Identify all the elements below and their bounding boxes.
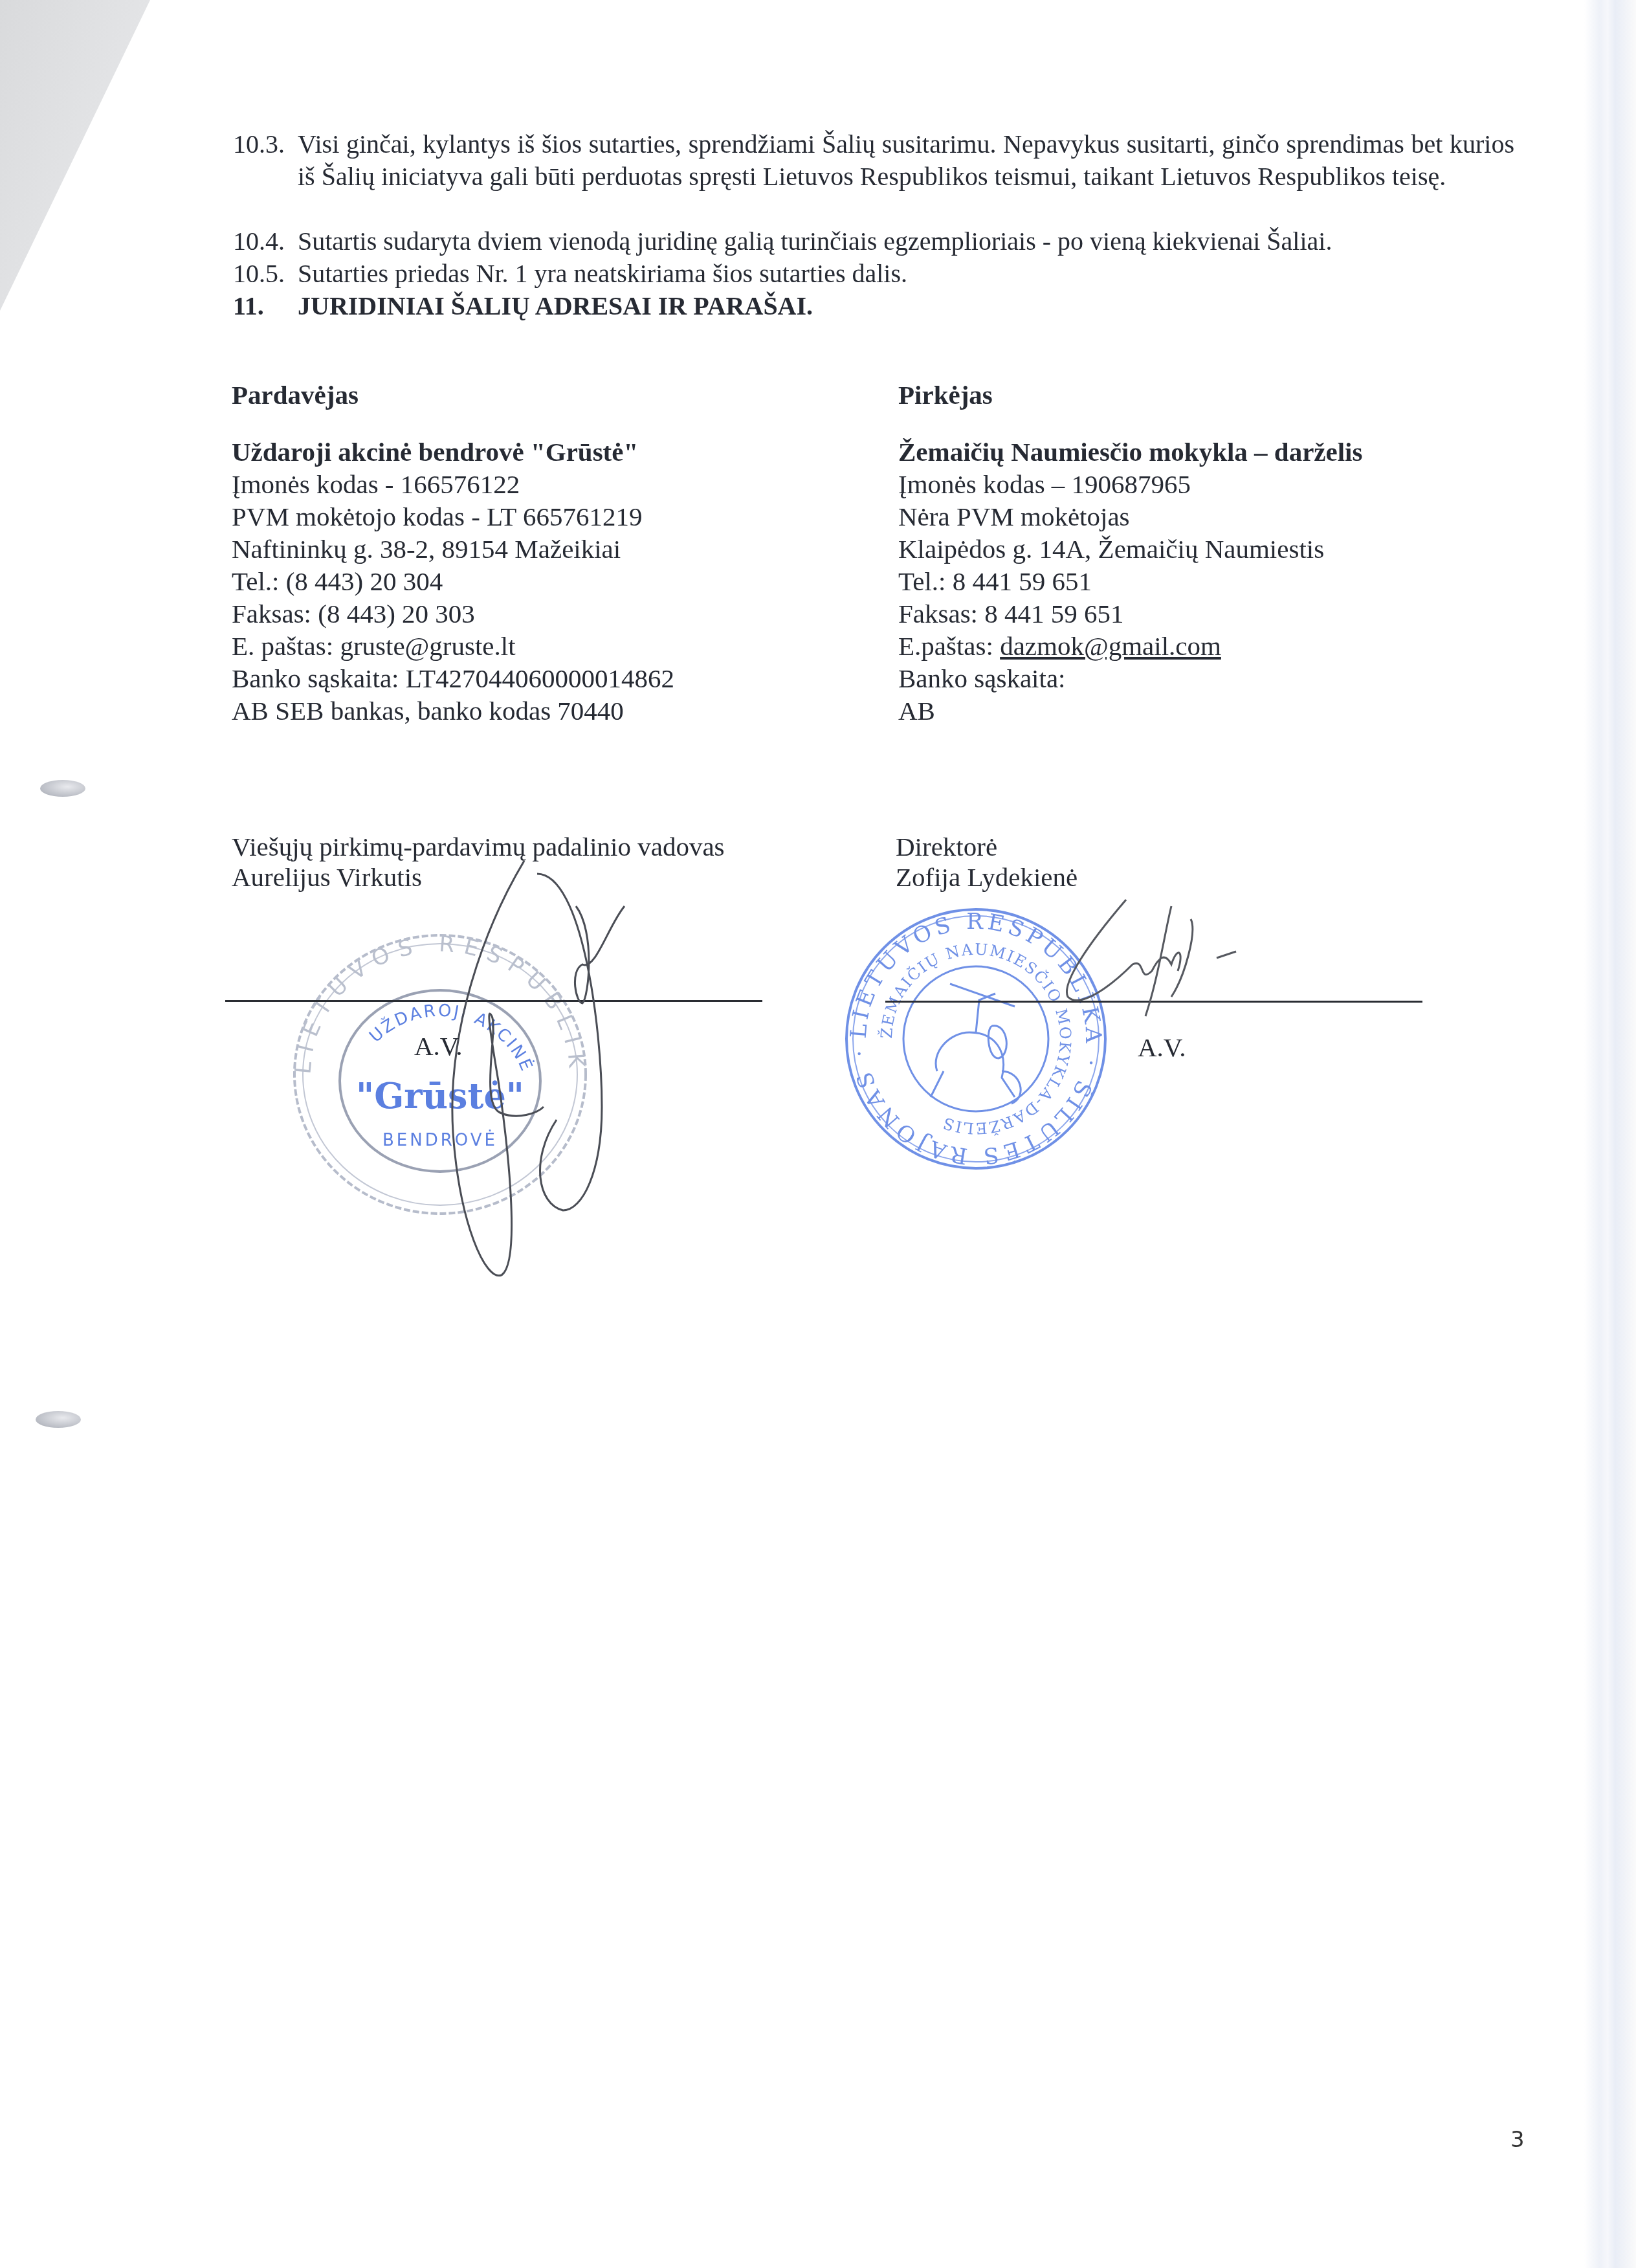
buyer-details: Pirkėjas Žemaičių Naumiesčio mokykla – d… — [898, 379, 1362, 727]
buyer-name: Žemaičių Naumiesčio mokykla – darželis — [898, 436, 1362, 468]
clause-number: 10.4. — [233, 225, 285, 258]
seller-bank: AB SEB bankas, banko kodas 70440 — [232, 695, 674, 727]
seller-email: E. paštas: gruste@gruste.lt — [232, 630, 674, 662]
buyer-company-code: Įmonės kodas – 190687965 — [898, 468, 1362, 500]
clause-text: Visi ginčai, kylantys iš šios sutarties,… — [298, 128, 1514, 193]
clause-10-5: 10.5. Sutarties priedas Nr. 1 yra neatsk… — [233, 258, 1514, 290]
buyer-email-link[interactable]: dazmok@gmail.com — [1000, 631, 1221, 661]
seller-bank-account: Banko sąskaita: LT427044060000014862 — [232, 662, 674, 695]
clause-10-3: 10.3. Visi ginčai, kylantys iš šios suta… — [233, 128, 1514, 193]
buyer-bank-account: Banko sąskaita: — [898, 662, 1362, 695]
clause-text: Sutartis sudaryta dviem vienodą juridinę… — [298, 225, 1514, 258]
seller-fax: Faksas: (8 443) 20 303 — [232, 597, 674, 630]
seller-details: Pardavėjas Uždaroji akcinė bendrovė "Grū… — [232, 379, 674, 727]
seller-name: Uždaroji akcinė bendrovė "Grūstė" — [232, 436, 674, 468]
buyer-email-label: E.paštas: — [898, 631, 1000, 661]
buyer-address: Klaipėdos g. 14A, Žemaičių Naumiestis — [898, 533, 1362, 565]
seller-company-code: Įmonės kodas - 166576122 — [232, 468, 674, 500]
buyer-signatory: Direktorė Zofija Lydekienė — [896, 832, 1078, 893]
buyer-role: Pirkėjas — [898, 379, 1362, 411]
page-number: 3 — [1510, 2127, 1525, 2153]
buyer-email-row: E.paštas: dazmok@gmail.com — [898, 630, 1362, 662]
buyer-phone: Tel.: 8 441 59 651 — [898, 565, 1362, 597]
clause-number: 10.5. — [233, 258, 285, 290]
buyer-vat-status: Nėra PVM mokėtojas — [898, 500, 1362, 533]
section-title: JURIDINIAI ŠALIŲ ADRESAI IR PARAŠAI. — [298, 290, 1514, 322]
seller-handwritten-signature — [388, 835, 634, 1301]
clause-number: 10.3. — [233, 128, 285, 161]
seller-vat-code: PVM mokėtojo kodas - LT 665761219 — [232, 500, 674, 533]
svg-text:ŽEMAIČIŲ NAUMIESČIO MOKYKLA-DA: ŽEMAIČIŲ NAUMIESČIO MOKYKLA-DARŽELIS — [877, 940, 1075, 1138]
seller-role: Pardavėjas — [232, 379, 674, 411]
buyer-fax: Faksas: 8 441 59 651 — [898, 597, 1362, 630]
clause-text: Sutarties priedas Nr. 1 yra neatskiriama… — [298, 258, 1514, 290]
buyer-signatory-title: Direktorė — [896, 832, 1078, 862]
seller-address: Naftininkų g. 38-2, 89154 Mažeikiai — [232, 533, 674, 565]
clause-10-4: 10.4. Sutartis sudaryta dviem vienodą ju… — [233, 225, 1514, 258]
document-page: 10.3. Visi ginčai, kylantys iš šios suta… — [0, 0, 1636, 2268]
seller-seal-label: A.V. — [414, 1030, 462, 1062]
buyer-seal-label: A.V. — [1138, 1032, 1186, 1063]
section-number: 11. — [233, 290, 264, 322]
section-11-heading: 11. JURIDINIAI ŠALIŲ ADRESAI IR PARAŠAI. — [233, 290, 1514, 322]
buyer-bank: AB — [898, 695, 1362, 727]
buyer-handwritten-signature — [1048, 893, 1255, 1023]
buyer-signatory-name: Zofija Lydekienė — [896, 862, 1078, 893]
seller-phone: Tel.: (8 443) 20 304 — [232, 565, 674, 597]
